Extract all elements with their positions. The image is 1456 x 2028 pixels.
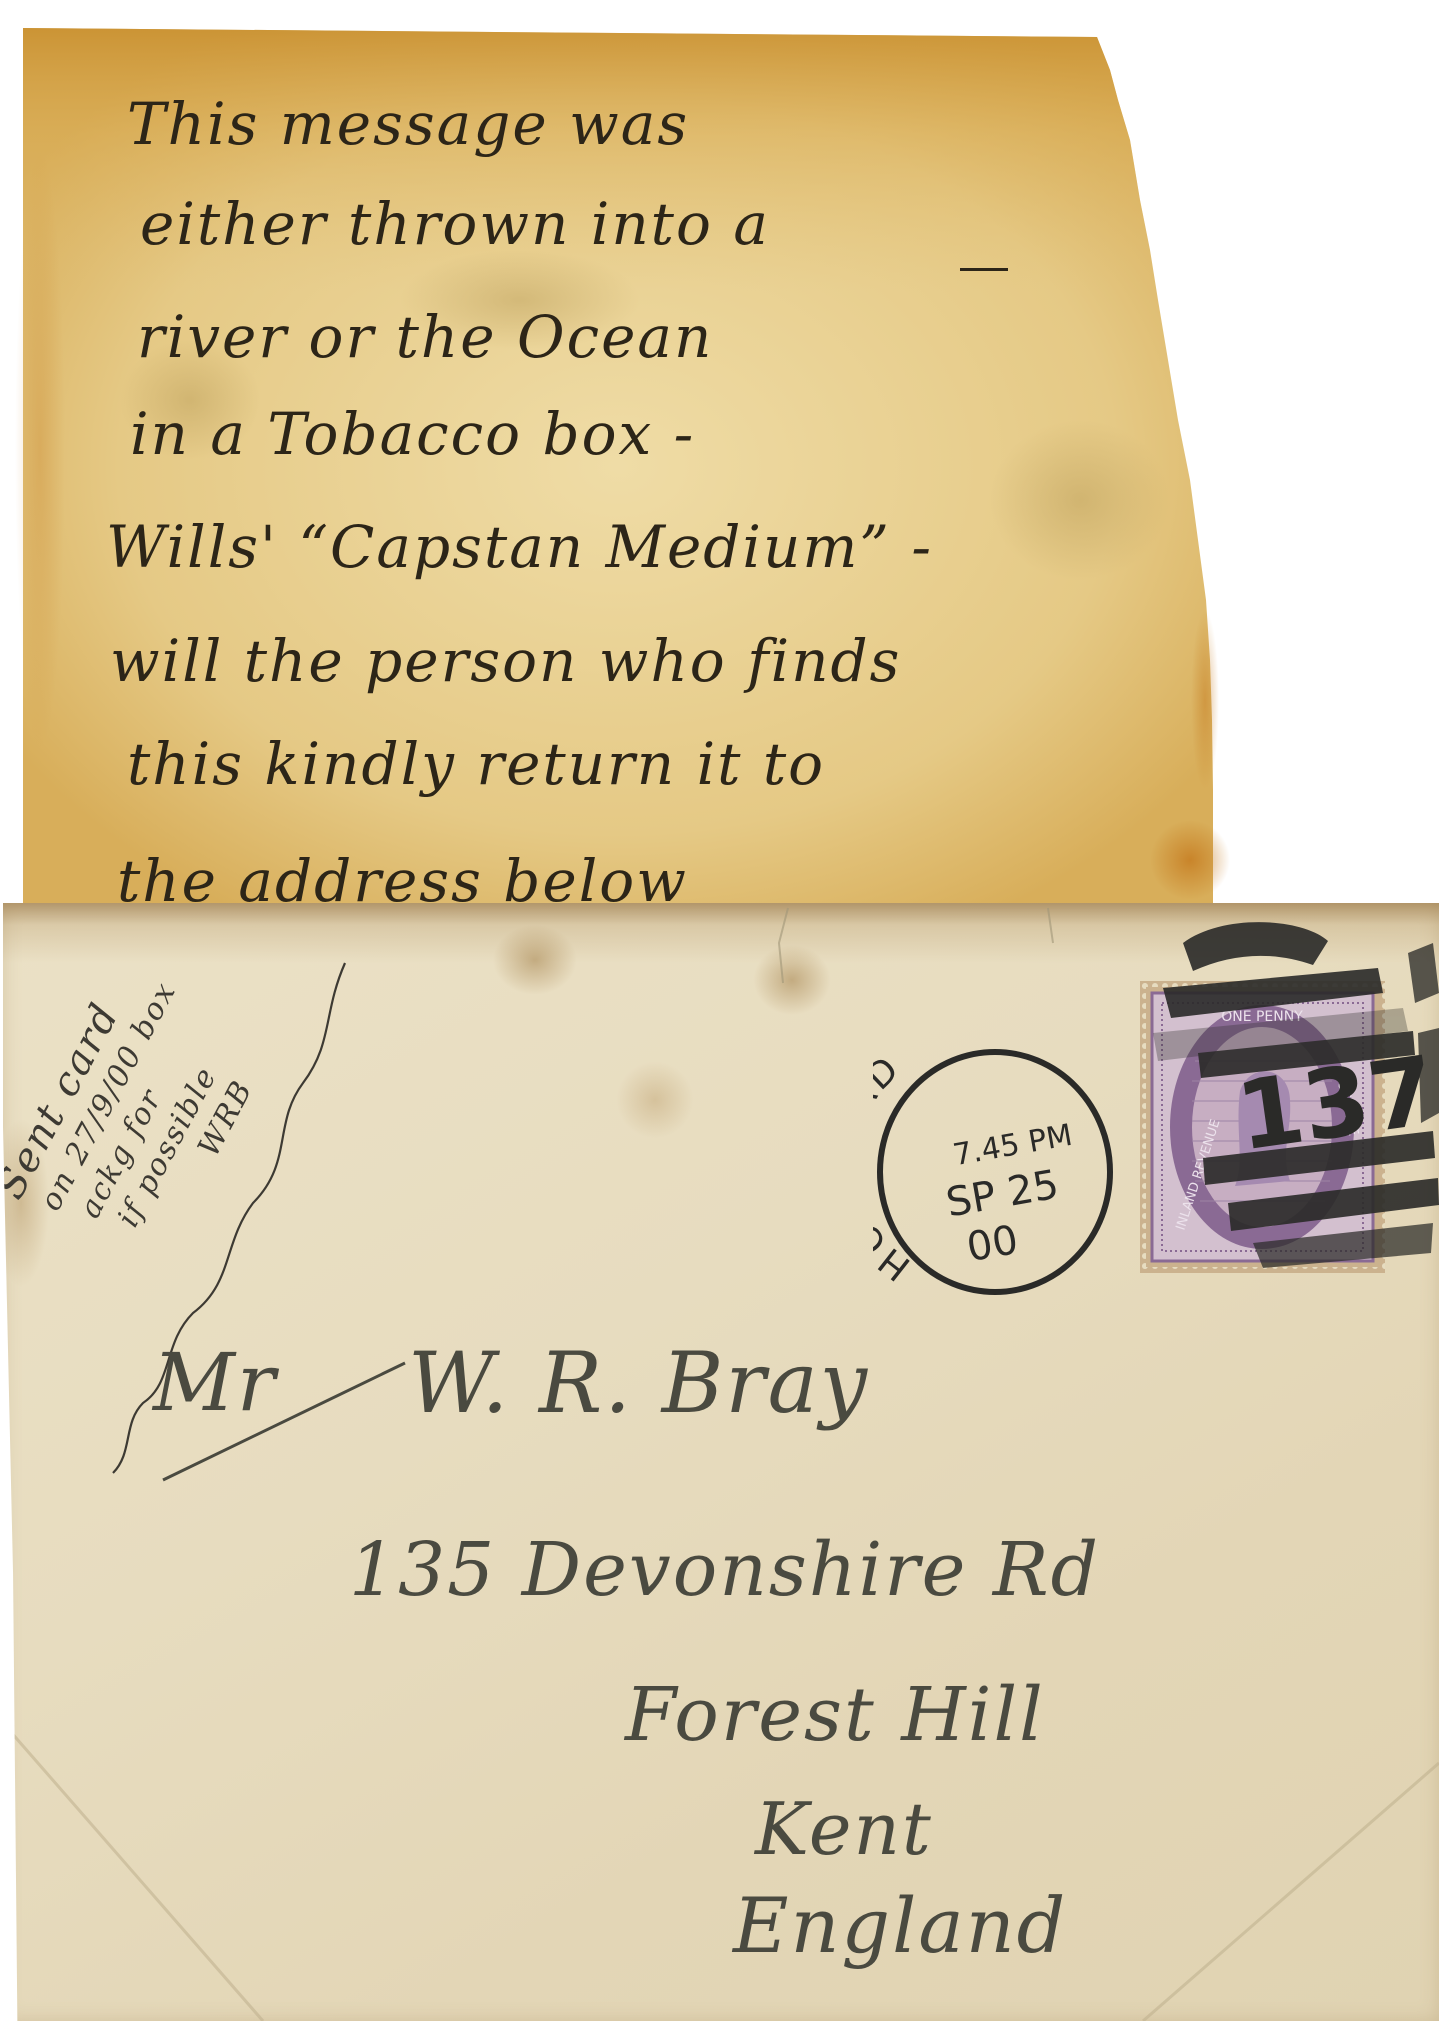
underline-mark bbox=[960, 268, 1008, 271]
address-salutation: Mr bbox=[153, 1343, 277, 1423]
letter-line-5: Wills' “Capstan Medium” - bbox=[106, 518, 933, 576]
letter-line-8: the address below bbox=[117, 852, 688, 910]
postmark-killer: 137 bbox=[1143, 913, 1443, 1283]
address-street: 135 Devonshire Rd bbox=[349, 1533, 1100, 1607]
letter-line-1: This message was bbox=[127, 95, 689, 153]
address-county: Kent bbox=[755, 1793, 933, 1865]
letter-line-3: river or the Ocean bbox=[137, 308, 713, 366]
address-district: Forest Hill bbox=[625, 1678, 1045, 1752]
address-country: England bbox=[733, 1888, 1067, 1964]
postmark-year: 00 bbox=[963, 1217, 1021, 1271]
letter-line-6: will the person who finds bbox=[110, 632, 901, 690]
postmark-time: 7.45 PM bbox=[950, 1118, 1075, 1173]
letter-line-2: either thrown into a bbox=[140, 195, 770, 253]
letter-line-4: in a Tobacco box - bbox=[130, 405, 695, 463]
handwritten-letter: This message was either thrown into a ri… bbox=[0, 0, 1456, 960]
envelope: Sent card on 27/9/00 box ackg for if pos… bbox=[3, 903, 1439, 2021]
address-name: W. R. Bray bbox=[408, 1341, 869, 1425]
pencil-note: Sent card on 27/9/00 box ackg for if pos… bbox=[0, 904, 405, 1327]
letter-line-7: this kindly return it to bbox=[127, 735, 825, 793]
postmark-cds: HOLYHEAD 7.45 PM SP 25 00 bbox=[873, 1047, 1118, 1297]
